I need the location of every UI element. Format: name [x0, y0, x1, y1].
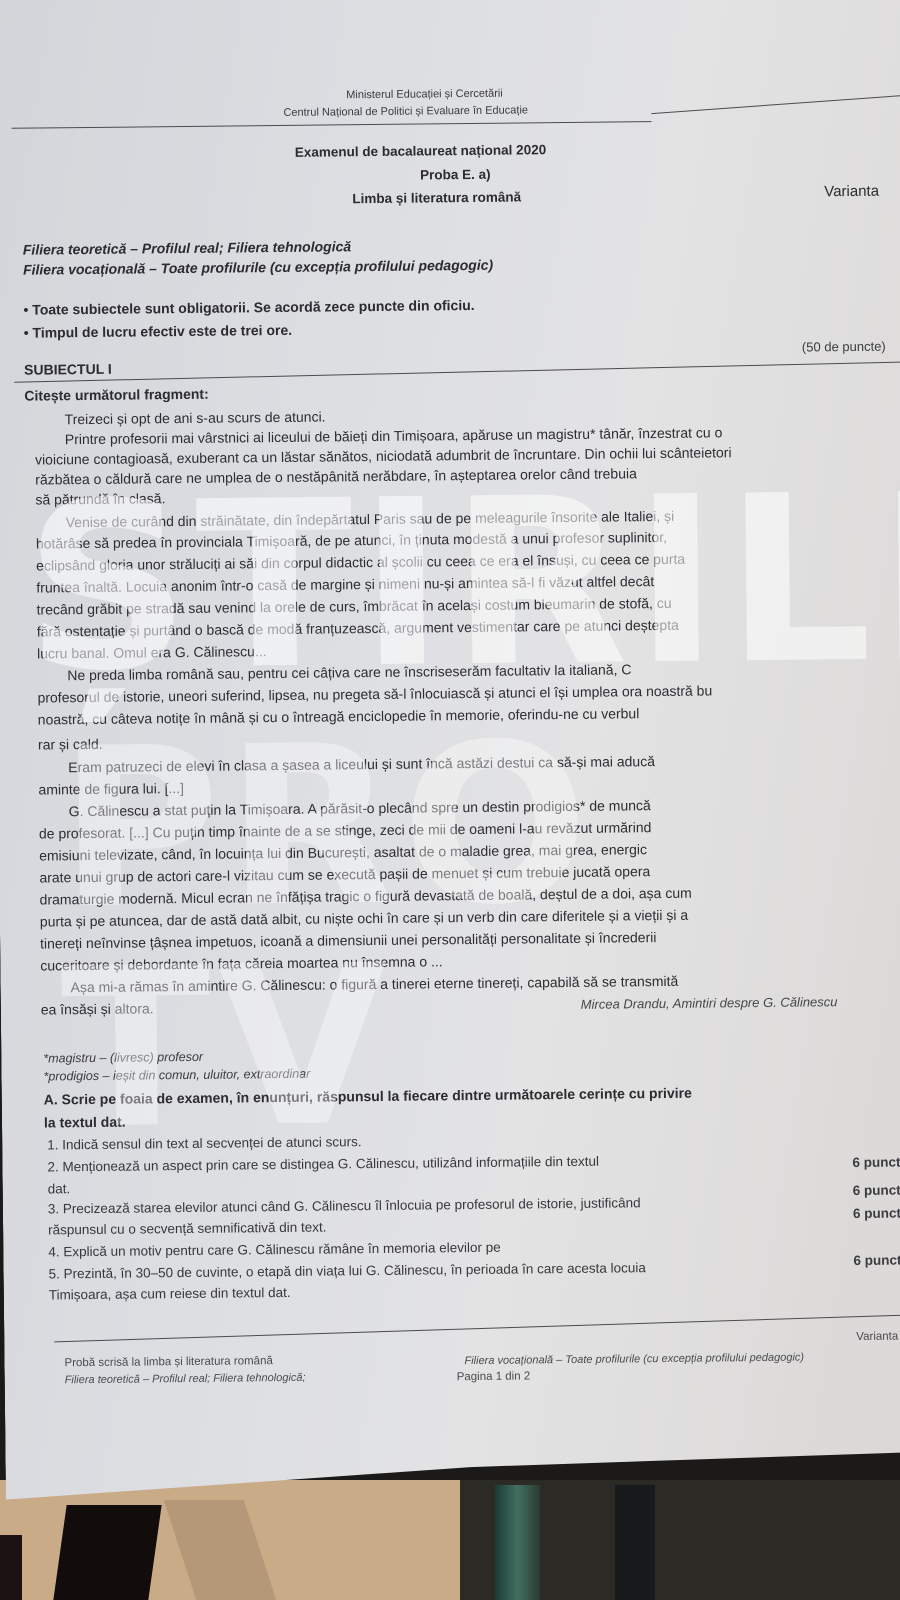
- fragment-line: dramaturgie modernă. Micul ecran ne înfă…: [40, 885, 692, 908]
- fragment-line: Eram patruzeci de elevi în clasa a șasea…: [38, 753, 655, 775]
- fragment-line: noastră, cu câteva notițe în mână și cu …: [38, 705, 640, 727]
- requirement-2-cont: dat.: [48, 1181, 71, 1196]
- exam-subject: Limba și literatura română: [352, 189, 521, 206]
- fragment-line: aminte de figura lui. [...]: [38, 780, 184, 798]
- page-number: Pagina 1 din 2: [457, 1370, 531, 1383]
- background-object: [0, 1535, 22, 1600]
- requirement-3: 3. Precizează starea elevilor atunci cân…: [48, 1195, 641, 1216]
- background-object: [53, 1505, 161, 1600]
- requirement-4: 4. Explică un motiv pentru care G. Călin…: [48, 1240, 501, 1260]
- document-page: Ministerul Educației și Cercetării Centr…: [0, 0, 900, 1480]
- footer-variant: Varianta: [856, 1331, 898, 1343]
- rule-1: • Toate subiectele sunt obligatorii. Se …: [23, 297, 474, 318]
- fragment-line: fruntea înaltă. Locuia anonim într-o cas…: [36, 573, 654, 595]
- subject-points: (50 de puncte): [802, 339, 886, 355]
- fragment-line: Venise de curând din străinătate, din în…: [36, 508, 675, 531]
- fragment-line: profesorul de istorie, uneori suferind, …: [37, 682, 712, 705]
- rule-2: • Timpul de lucru efectiv este de trei o…: [24, 322, 293, 341]
- fragment-line: trecând grăbit pe stradă sau venind la o…: [37, 595, 672, 618]
- requirement-5-cont: Timișoara, așa cum reiese din textul dat…: [49, 1285, 291, 1303]
- profile-line-1: Filiera teoretică – Profilul real; Filie…: [23, 238, 351, 257]
- profile-line-2: Filiera vocațională – Toate profilurile …: [23, 257, 493, 278]
- glossary-magistru: *magistru – (livresc) profesor: [43, 1050, 203, 1066]
- footer-line-1-right: Filiera vocațională – Toate profilurile …: [464, 1352, 804, 1368]
- fragment-line: Așa mi-a rămas în amintire G. Călinescu:…: [40, 973, 678, 996]
- subject-divider: [14, 361, 900, 382]
- variant-label: Varianta: [824, 183, 879, 201]
- footer-divider: [54, 1314, 900, 1343]
- requirement-points: 6 puncte: [853, 1205, 900, 1221]
- requirement-5: 5. Prezintă, în 30–50 de cuvinte, o etap…: [48, 1260, 645, 1281]
- exam-paper: Ministerul Educației și Cercetării Centr…: [0, 0, 900, 1515]
- requirement-points: 6 puncte: [852, 1154, 900, 1170]
- header-divider-right: [651, 94, 900, 114]
- requirements-title-cont: la textul dat.: [44, 1114, 126, 1131]
- exam-proba: Proba E. a): [420, 167, 491, 183]
- center-name: Centrul Național de Politici și Evaluare…: [283, 104, 528, 119]
- requirements-title: A. Scrie pe foaia de examen, în enunțuri…: [44, 1085, 692, 1108]
- fragment-line: tinereți neînvinse țâșnea impetuos, icoa…: [40, 929, 656, 951]
- fragment-line: hotărâse să predea în provinciala Timișo…: [36, 529, 667, 552]
- exam-title: Examenul de bacalaureat național 2020: [295, 142, 547, 160]
- background-object: [495, 1485, 540, 1600]
- fragment-source: Mircea Drandu, Amintiri despre G. Căline…: [581, 994, 838, 1012]
- ministry-name: Ministerul Educației și Cercetării: [346, 88, 503, 102]
- requirement-3-cont: răspunsul cu o secvență semnificativă di…: [48, 1220, 327, 1238]
- fragment-line: Printre profesorii mai vârstnici ai lice…: [35, 424, 723, 447]
- background-object: [615, 1485, 655, 1600]
- glossary-prodigios: *prodigios – ieșit din comun, uluitor, e…: [43, 1067, 310, 1084]
- footer-line-1: Probă scrisă la limba și literatura româ…: [64, 1355, 272, 1369]
- fragment-line: lucru banal. Omul era G. Călinescu...: [37, 643, 267, 661]
- fragment-line: G. Călinescu a stat puțin la Timișoara. …: [39, 797, 651, 819]
- fragment-line: arate unui grup de actori care-l vizitau…: [39, 863, 650, 885]
- requirement-2: 2. Menționează un aspect prin care se di…: [47, 1154, 599, 1175]
- fragment-line: vioiciune contagioasă, exuberant ca un l…: [35, 444, 732, 467]
- fragment-line: Ne preda limba română sau, pentru cei câ…: [37, 661, 631, 683]
- fragment-line: să pătrundă în clasă.: [35, 490, 165, 507]
- requirement-points: 6 puncte: [853, 1182, 900, 1198]
- fragment-line: Treizeci și opt de ani s-au scurs de atu…: [35, 409, 326, 428]
- fragment-line: emisiuni televizate, când, în locuința l…: [39, 841, 647, 863]
- fragment-line: răzbătea o căldură care ne umplea de o n…: [35, 465, 637, 487]
- footer-line-2: Filiera teoretică – Profilul real; Filie…: [65, 1372, 306, 1387]
- fragment-line: rar și cald.: [38, 736, 103, 753]
- fragment-line: de profesorat. [...] Cu puțin timp înain…: [39, 819, 652, 841]
- fragment-line: cuceritoare și debordante în fața căreia…: [40, 953, 442, 973]
- rule-text: Toate subiectele sunt obligatorii. Se ac…: [32, 297, 475, 318]
- rule-text: Timpul de lucru efectiv este de trei ore…: [32, 322, 292, 341]
- read-instruction: Citește următorul fragment:: [24, 386, 209, 404]
- fragment-line: eclipsând gloria unor străluciți ai săi …: [36, 551, 685, 574]
- header-divider: [12, 121, 652, 129]
- fragment-line: fără ostentație și purtând o bască de mo…: [37, 617, 679, 640]
- fragment-line: purta și pe atuncea, dar de astă dată al…: [40, 907, 688, 930]
- requirement-points: 6 puncte: [853, 1252, 900, 1268]
- fragment-line: ea însăși și altora.: [41, 1000, 154, 1017]
- requirement-1: 1. Indică sensul din text al secvenței d…: [47, 1134, 362, 1152]
- subject-title: SUBIECTUL I: [24, 361, 112, 378]
